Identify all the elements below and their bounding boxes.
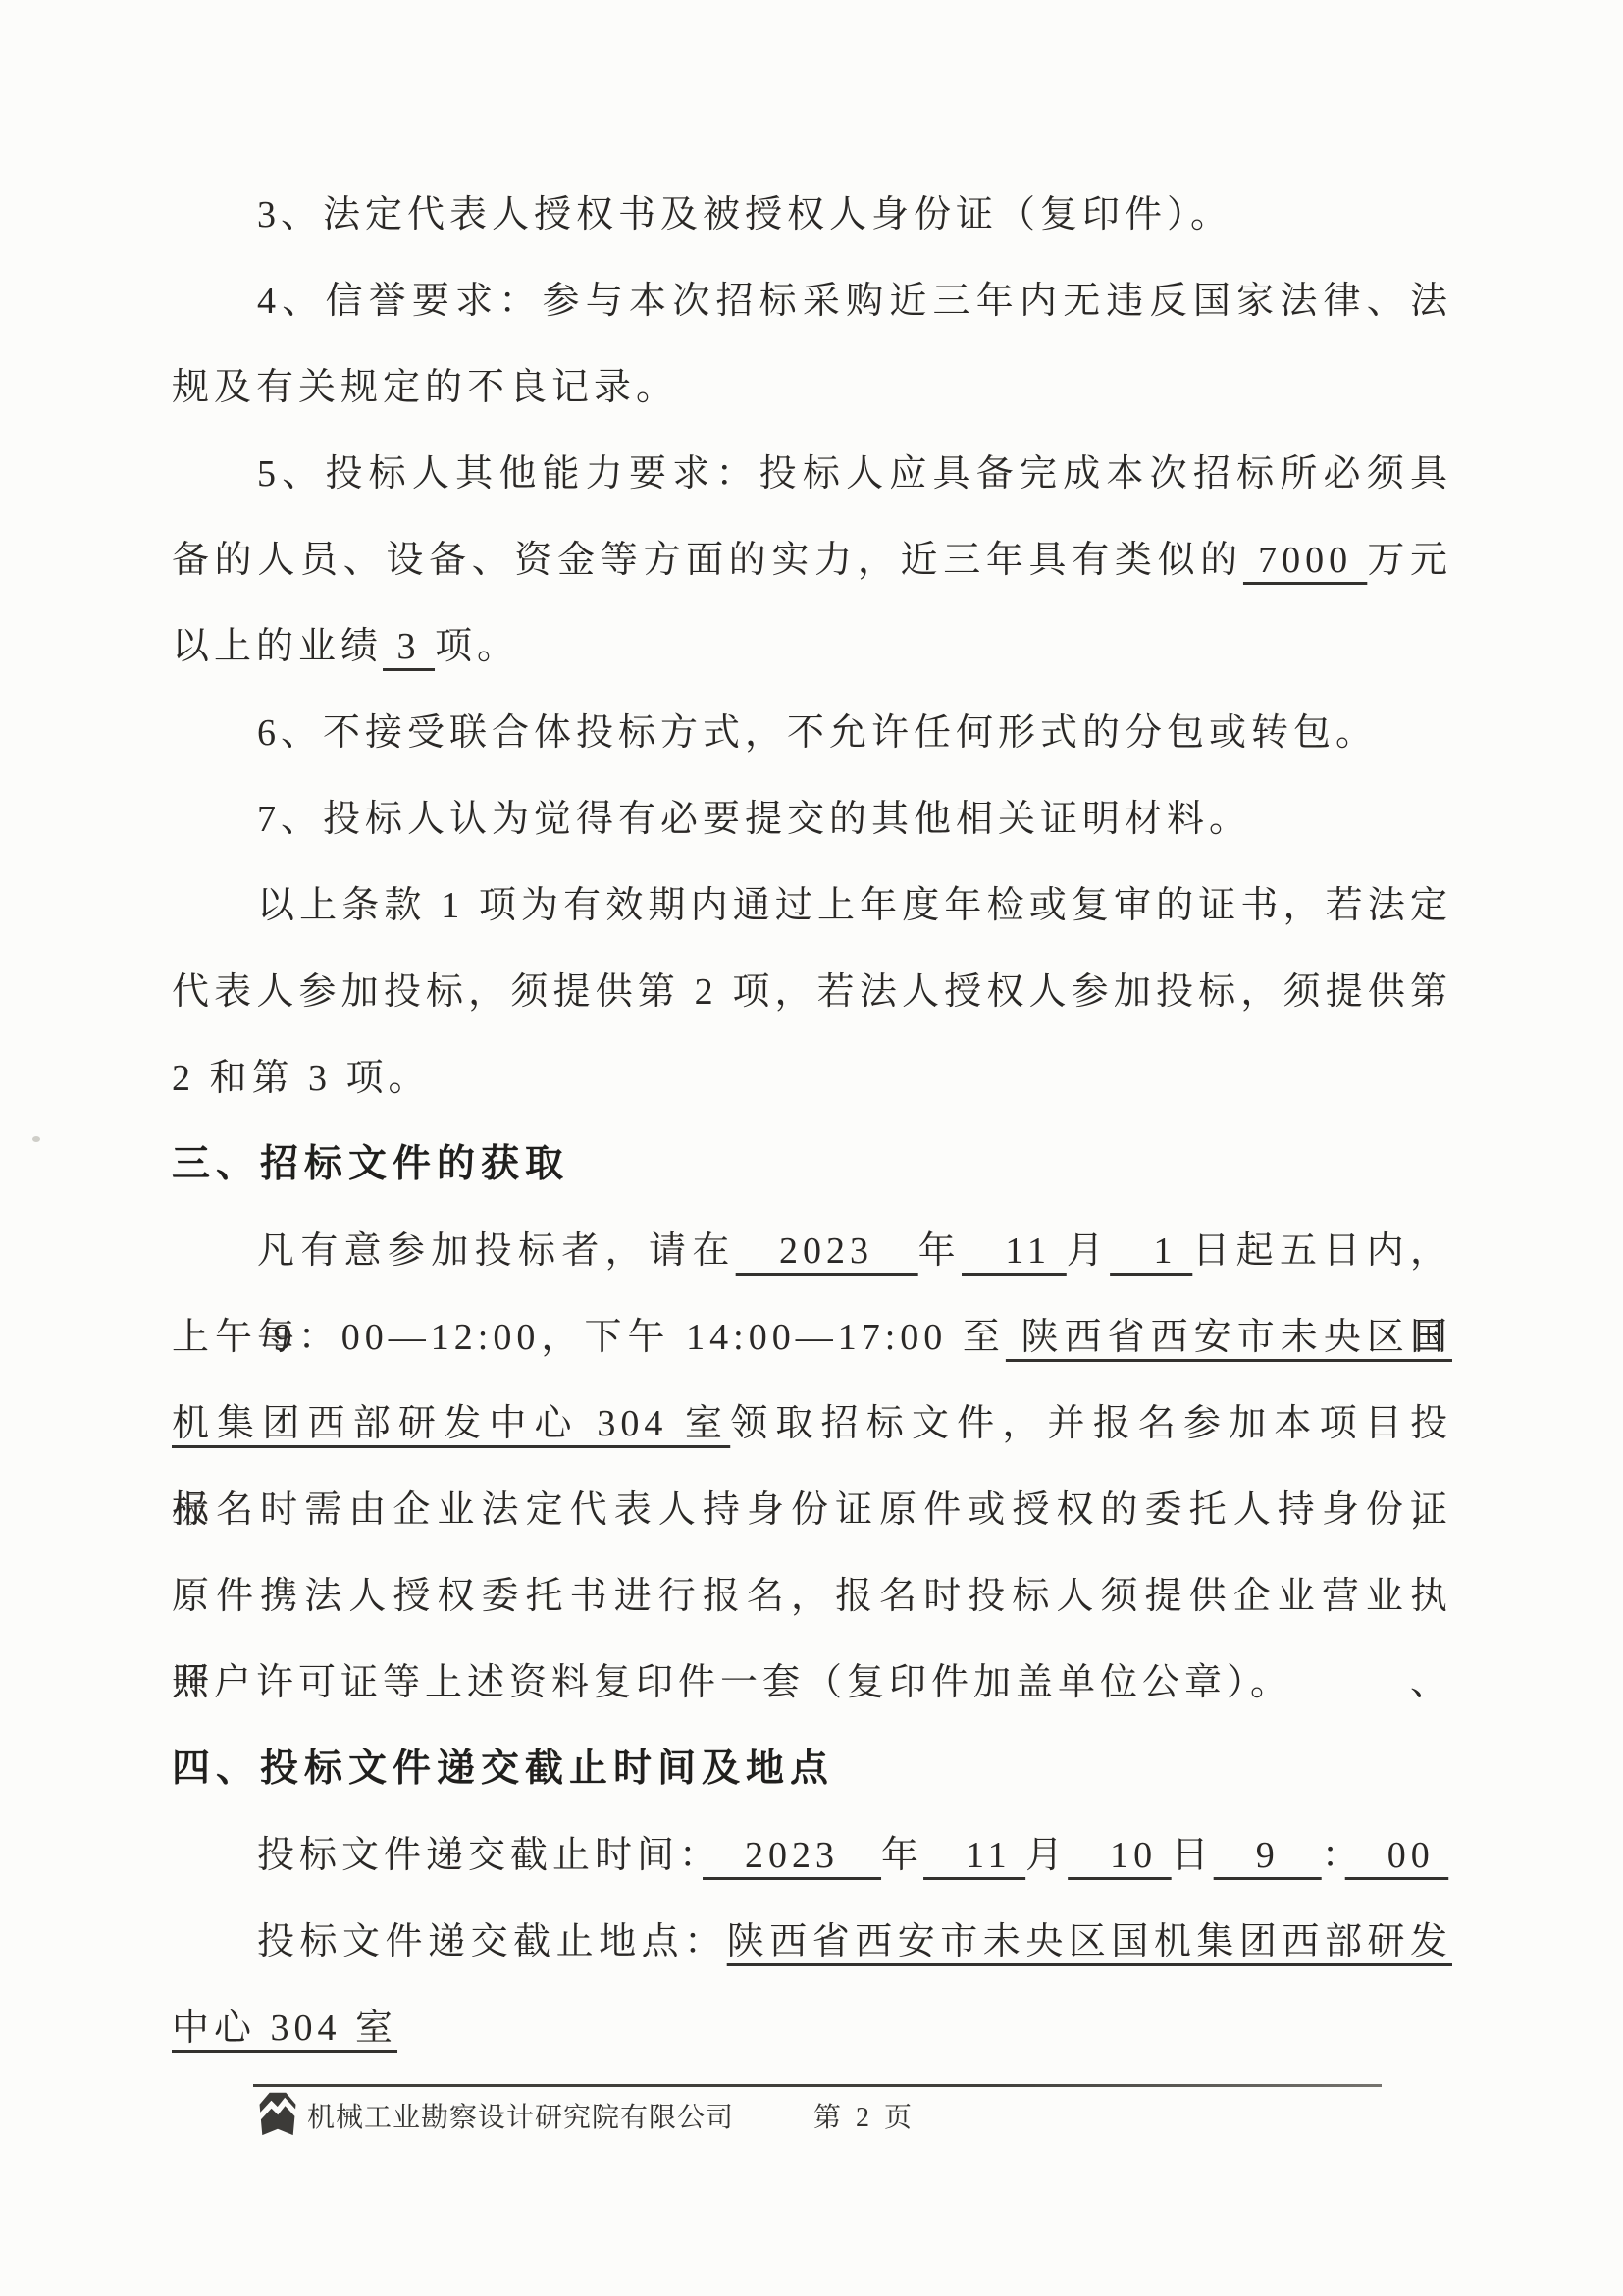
text-segment: 2 和第 3 项。 [172,1058,431,1099]
text-segment: 月 [1067,1230,1110,1272]
text-line: 6、不接受联合体投标方式，不允许任何形式的分包或转包。 [172,690,1452,776]
text-line: 代表人参加投标，须提供第 2 项，若法人授权人参加投标，须提供第 [172,949,1452,1035]
text-segment: 4、信誉要求：参与本次招标采购近三年内无违反国家法律、法 [257,281,1452,322]
underlined-text: 2023 [736,1230,918,1272]
text-line: 4、信誉要求：参与本次招标采购近三年内无违反国家法律、法 [172,258,1452,344]
section-heading: 三、招标文件的获取 [172,1122,1452,1208]
footer-company-name: 机械工业勘察设计研究院有限公司 [307,2096,734,2135]
text-segment: 投标文件递交截止时间： [257,1835,703,1876]
document-body: 3、法定代表人授权书及被授权人身份证（复印件）。4、信誉要求：参与本次招标采购近… [172,172,1452,2071]
text-line: 投标文件递交截止时间： 2023 年 11 月 10 日 9 ： 00 [172,1812,1452,1899]
text-segment: ： [1322,1835,1345,1876]
page-footer: 机械工业勘察设计研究院有限公司 第 2 页 [256,2088,1434,2147]
text-segment: 日 [1172,1835,1214,1876]
text-segment: 代表人参加投标，须提供第 2 项，若法人授权人参加投标，须提供第 [172,971,1452,1013]
text-line: 备的人员、设备、资金等方面的实力，近三年具有类似的 7000 万元 [172,517,1452,603]
text-line: 原件携法人授权委托书进行报名，报名时投标人须提供企业营业执照、 [172,1553,1452,1640]
text-segment: 万元 [1367,540,1452,581]
text-segment: 7、投标人认为觉得有必要提交的其他相关证明材料。 [257,799,1251,840]
underlined-text: 3 [383,626,435,667]
text-segment: 以上条款 1 项为有效期内通过上年度年检或复审的证书，若法定 [257,885,1452,926]
text-line: 上午 9：00—12:00，下午 14:00—17:00 至 陕西省西安市未央区… [172,1294,1452,1381]
text-line: 2 和第 3 项。 [172,1035,1452,1122]
text-line: 3、法定代表人授权书及被授权人身份证（复印件）。 [172,172,1452,258]
text-segment: 四、投标文件递交截止时间及地点 [172,1748,834,1790]
text-line: 5、投标人其他能力要求：投标人应具备完成本次招标所必须具 [172,431,1452,517]
text-line: 报名时需由企业法定代表人持身份证原件或授权的委托人持身份证 [172,1467,1452,1553]
underlined-text: 2023 [703,1835,881,1876]
text-segment: 5、投标人其他能力要求：投标人应具备完成本次招标所必须具 [257,453,1452,495]
underlined-text: 11 [962,1230,1067,1272]
underlined-text: 陕西省西安市未央区国 [1006,1317,1452,1358]
text-line: 凡有意参加投标者，请在 2023 年 11 月 1 日起五日内，每日 [172,1208,1452,1294]
underlined-text: 中心 304 室 [172,2008,397,2049]
scan-artifact-dot [32,1136,40,1142]
footer-divider [253,2084,1382,2087]
text-line: 机集团西部研发中心 304 室领取招标文件，并报名参加本项目投标， [172,1381,1452,1467]
underlined-text: 11 [923,1835,1025,1876]
text-segment: 投标文件递交截止地点： [257,1921,727,1962]
underlined-text: 机集团西部研发中心 304 室 [172,1403,730,1444]
footer-page-number: 第 2 页 [813,2096,916,2135]
text-segment: 3、法定代表人授权书及被授权人身份证（复印件）。 [257,194,1232,235]
text-line: 中心 304 室 [172,1985,1452,2071]
text-segment: 开户许可证等上述资料复印件一套（复印件加盖单位公章）。 [172,1662,1292,1703]
text-segment: 上午 9：00—12:00，下午 14:00—17:00 至 [172,1317,1006,1358]
underlined-text: 1 [1110,1230,1192,1272]
text-line: 开户许可证等上述资料复印件一套（复印件加盖单位公章）。 [172,1640,1452,1726]
text-segment: 6、不接受联合体投标方式，不允许任何形式的分包或转包。 [257,712,1378,754]
text-segment: 年 [918,1230,962,1272]
section-heading: 四、投标文件递交截止时间及地点 [172,1726,1452,1812]
text-line: 以上的业绩 3 项。 [172,603,1452,690]
underlined-text: 9 [1214,1835,1322,1876]
text-line: 以上条款 1 项为有效期内通过上年度年检或复审的证书，若法定 [172,862,1452,949]
text-line: 投标文件递交截止地点：陕西省西安市未央区国机集团西部研发 [172,1899,1452,1985]
text-line: 7、投标人认为觉得有必要提交的其他相关证明材料。 [172,776,1452,862]
text-segment: 报名时需由企业法定代表人持身份证原件或授权的委托人持身份证 [172,1489,1452,1531]
text-segment: 备的人员、设备、资金等方面的实力，近三年具有类似的 [172,540,1243,581]
text-segment: 三、招标文件的获取 [172,1143,569,1185]
text-segment: 项。 [435,626,519,667]
text-segment: 月 [1025,1835,1068,1876]
text-line: 规及有关规定的不良记录。 [172,344,1452,431]
underlined-text: 7000 [1243,540,1367,581]
scanned-page: 3、法定代表人授权书及被授权人身份证（复印件）。4、信誉要求：参与本次招标采购近… [0,0,1623,2296]
underlined-text: 陕西省西安市未央区国机集团西部研发 [727,1921,1452,1962]
text-segment: 规及有关规定的不良记录。 [172,367,678,408]
company-mountain-logo-icon [256,2090,299,2137]
text-segment: 凡有意参加投标者，请在 [257,1230,736,1272]
text-segment: 以上的业绩 [172,626,383,667]
text-segment: 年 [881,1835,923,1876]
underlined-text: 00 [1345,1835,1449,1876]
underlined-text: 10 [1068,1835,1172,1876]
